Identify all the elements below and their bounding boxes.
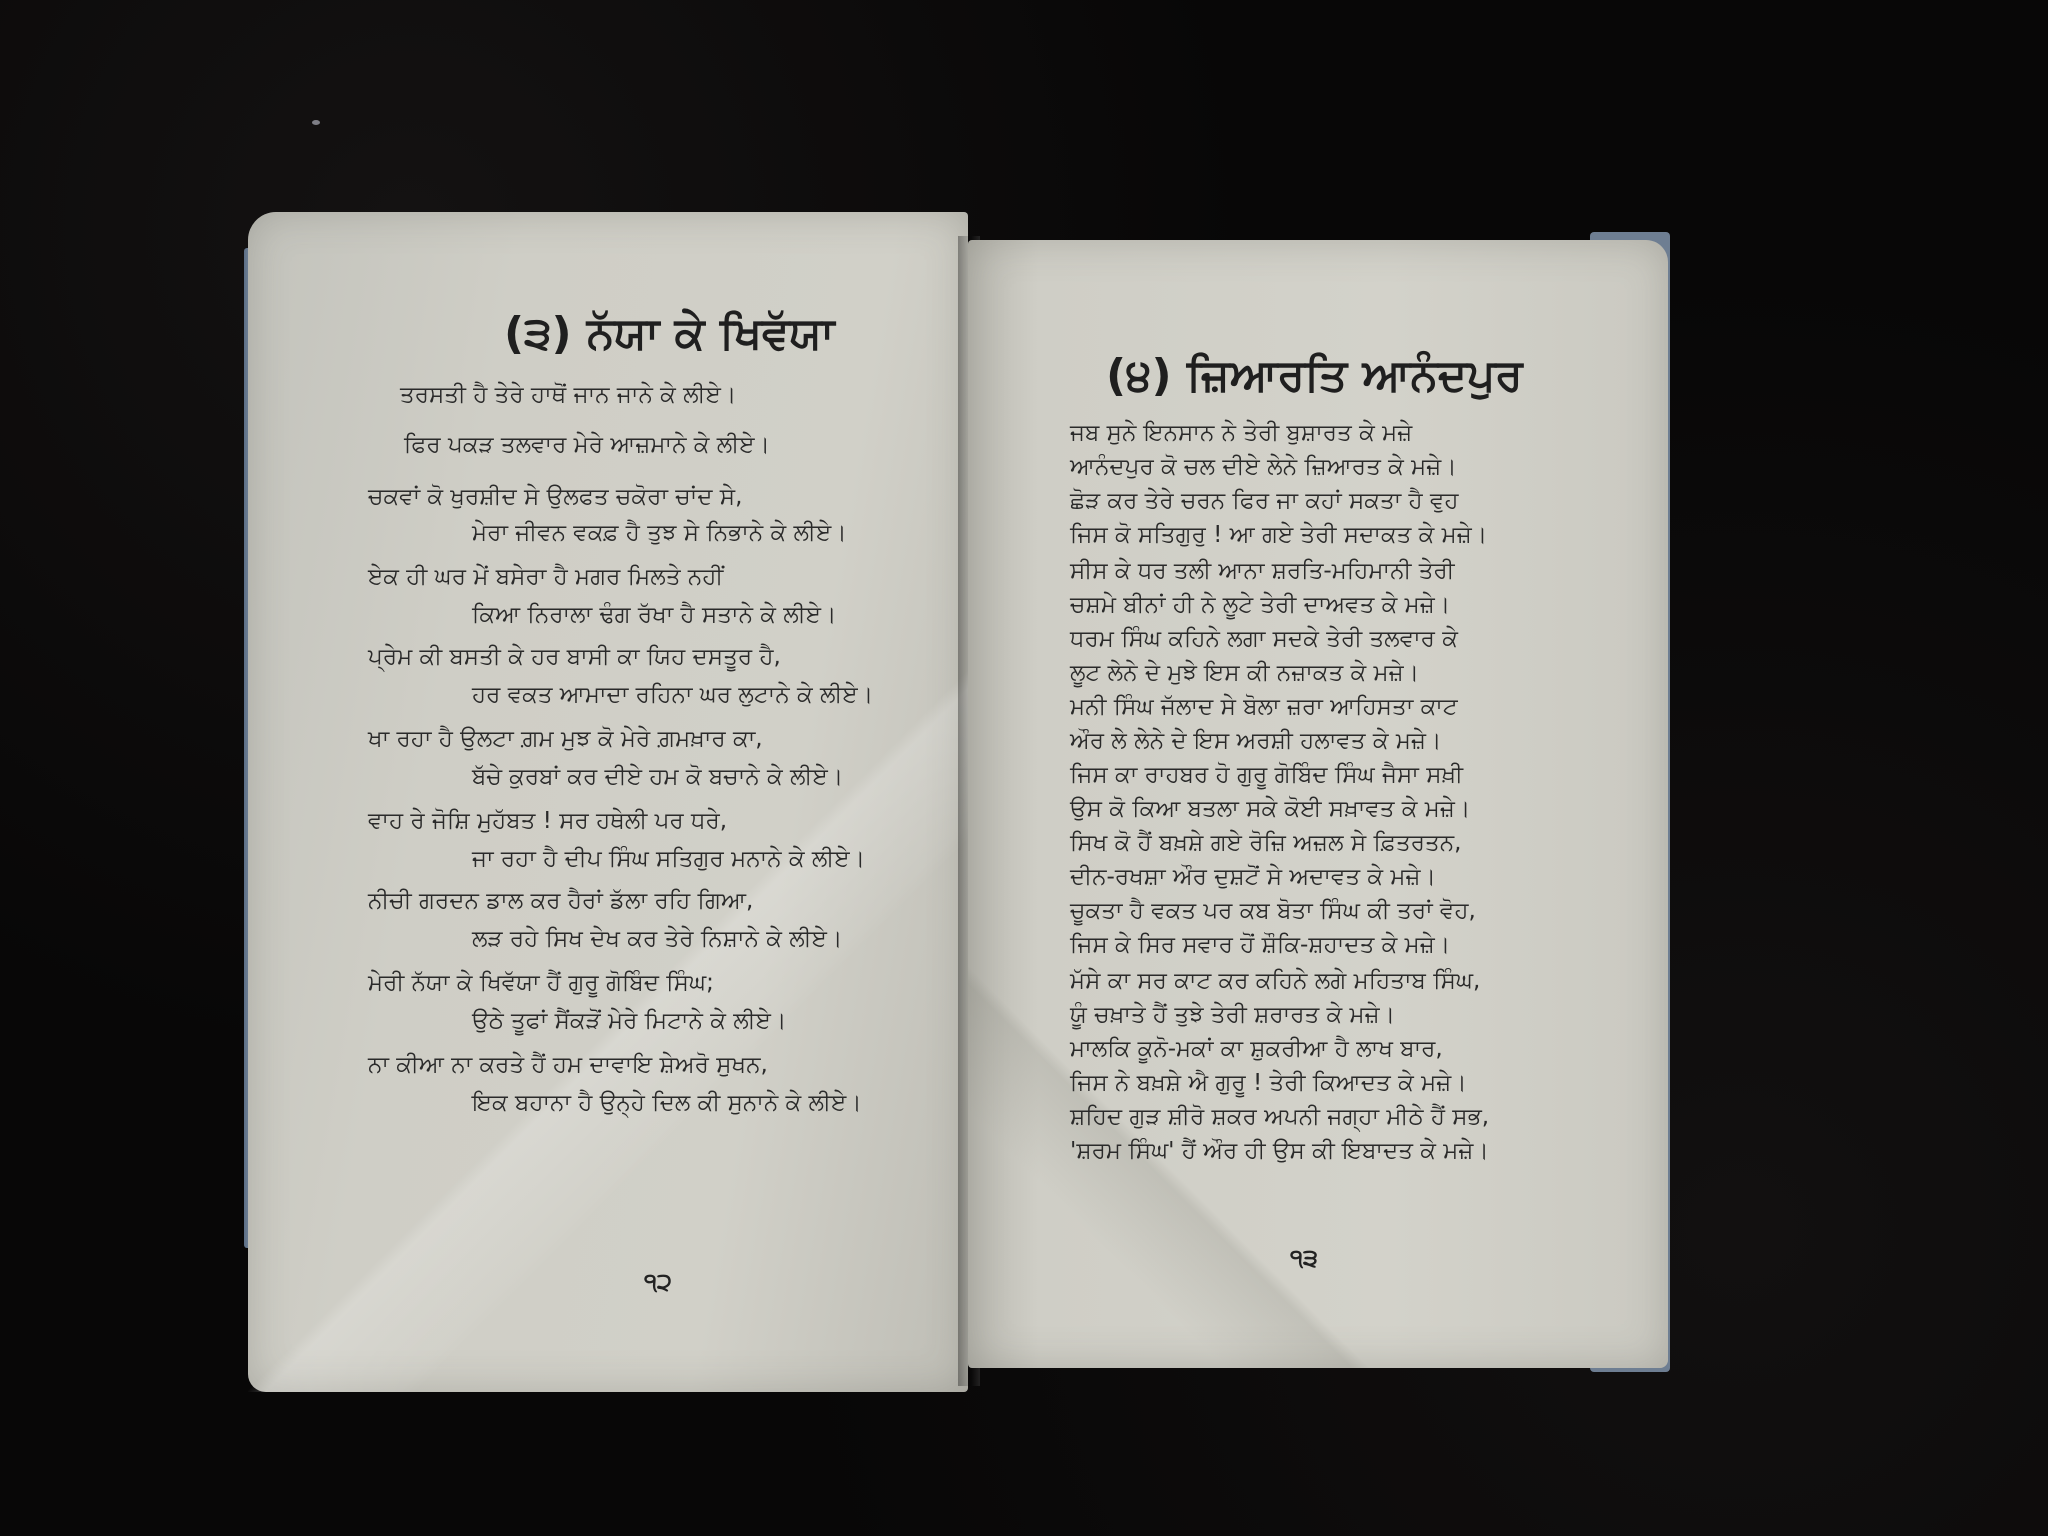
verse-line: ਪ੍ਰੇਮ ਕੀ ਬਸਤੀ ਕੇ ਹਰ ਬਾਸੀ ਕਾ ਯਿਹ ਦਸਤੂਰ ਹੈ… [368, 644, 781, 670]
verse-line: ਸ਼ਹਿਦ ਗੁੜ ਸ਼ੀਰੋ ਸ਼ਕਰ ਅਪਨੀ ਜਗ੍ਹਾ ਮੀਠੇ ਹੈਂ… [1070, 1104, 1489, 1130]
verse-line: ਜਿਸ ਕੋ ਸਤਿਗੁਰੁ ! ਆ ਗਏ ਤੇਰੀ ਸਦਾਕਤ ਕੇ ਮਜ਼ੇ… [1070, 522, 1487, 548]
left-page: (੩) ਨੱਯਾ ਕੇ ਖਿਵੱਯਾ ਤਰਸਤੀ ਹੈ ਤੇਰੇ ਹਾਥੋਂ ਜ… [248, 212, 968, 1392]
verse-line: ਲੂਟ ਲੇਨੇ ਦੇ ਮੁਝੇ ਇਸ ਕੀ ਨਜ਼ਾਕਤ ਕੇ ਮਜ਼ੇ। [1070, 660, 1419, 686]
page-number: ੧੩ [1290, 1244, 1318, 1272]
verse-line: ਖਾ ਰਹਾ ਹੈ ਉਲਟਾ ਗ਼ਮ ਮੁਝ ਕੋ ਮੇਰੇ ਗ਼ਮਖ਼ਾਰ ਕ… [368, 726, 763, 752]
verse-line: ਮੇਰਾ ਜੀਵਨ ਵਕਫ਼ ਹੈ ਤੁਝ ਸੇ ਨਿਭਾਨੇ ਕੇ ਲੀਏ। [472, 520, 847, 546]
verse-line: ਧਰਮ ਸਿੰਘ ਕਹਿਨੇ ਲਗਾ ਸਦਕੇ ਤੇਰੀ ਤਲਵਾਰ ਕੇ [1070, 626, 1458, 652]
page-number: ੧੨ [644, 1268, 672, 1296]
verse-line: ਵਾਹ ਰੇ ਜੋਸ਼ਿ ਮੁਹੱਬਤ ! ਸਰ ਹਥੇਲੀ ਪਰ ਧਰੇ, [368, 808, 727, 834]
verse-line: ਇਕ ਬਹਾਨਾ ਹੈ ਉਨ੍ਹੇ ਦਿਲ ਕੀ ਸੁਨਾਨੇ ਕੇ ਲੀਏ। [472, 1090, 862, 1116]
open-booklet: (੩) ਨੱਯਾ ਕੇ ਖਿਵੱਯਾ ਤਰਸਤੀ ਹੈ ਤੇਰੇ ਹਾਥੋਂ ਜ… [0, 0, 2048, 1536]
poem-title: (੪) ਜ਼ਿਆਰਤਿ ਆਨੰਦਪੁਰ [1106, 350, 1523, 401]
verse-line: ਨਾ ਕੀਆ ਨਾ ਕਰਤੇ ਹੈਂ ਹਮ ਦਾਵਾਇ ਸ਼ੇਅਰੋ ਸੁਖਨ, [368, 1052, 768, 1078]
verse-line: ਔਰ ਲੇ ਲੇਨੇ ਦੇ ਇਸ ਅਰਸ਼ੀ ਹਲਾਵਤ ਕੇ ਮਜ਼ੇ। [1070, 728, 1441, 754]
verse-line: ਉਸ ਕੋ ਕਿਆ ਬਤਲਾ ਸਕੇ ਕੋਈ ਸਖ਼ਾਵਤ ਕੇ ਮਜ਼ੇ। [1070, 796, 1470, 822]
poem-title: (੩) ਨੱਯਾ ਕੇ ਖਿਵੱਯਾ [504, 308, 834, 359]
verse-line: ਮੱਸੇ ਕਾ ਸਰ ਕਾਟ ਕਰ ਕਹਿਨੇ ਲਗੇ ਮਹਿਤਾਬ ਸਿੰਘ, [1070, 968, 1480, 994]
verse-line: ਚਕਵਾਂ ਕੋ ਖੁਰਸ਼ੀਦ ਸੇ ਉਲਫਤ ਚਕੋਰਾ ਚਾਂਦ ਸੇ, [368, 484, 742, 510]
verse-line: ਮੇਰੀ ਨੱਯਾ ਕੇ ਖਿਵੱਯਾ ਹੈਂ ਗੁਰੂ ਗੋਬਿੰਦ ਸਿੰਘ… [368, 970, 714, 996]
verse-line: 'ਸ਼ਰਮ ਸਿੰਘ' ਹੈਂ ਔਰ ਹੀ ਉਸ ਕੀ ਇਬਾਦਤ ਕੇ ਮਜ਼… [1070, 1138, 1489, 1164]
verse-line: ਫਿਰ ਪਕੜ ਤਲਵਾਰ ਮੇਰੇ ਆਜ਼ਮਾਨੇ ਕੇ ਲੀਏ। [404, 432, 770, 458]
verse-line: ਚਸ਼ਮੇ ਬੀਨਾਂ ਹੀ ਨੇ ਲੂਟੇ ਤੇਰੀ ਦਾਅਵਤ ਕੇ ਮਜ਼… [1070, 592, 1450, 618]
verse-line: ਆਨੰਦਪੁਰ ਕੋ ਚਲ ਦੀਏ ਲੇਨੇ ਜ਼ਿਆਰਤ ਕੇ ਮਜ਼ੇ। [1070, 454, 1457, 480]
verse-line: ਜਿਸ ਕਾ ਰਾਹਬਰ ਹੋ ਗੁਰੂ ਗੋਬਿੰਦ ਸਿੰਘ ਜੈਸਾ ਸਖ… [1070, 762, 1463, 788]
verse-line: ਜਬ ਸੁਨੇ ਇਨਸਾਨ ਨੇ ਤੇਰੀ ਬੁਸ਼ਾਰਤ ਕੇ ਮਜ਼ੇ [1070, 420, 1412, 446]
verse-line: ਦੀਨ-ਰਖਸ਼ਾ ਔਰ ਦੁਸ਼ਟੋਂ ਸੇ ਅਦਾਵਤ ਕੇ ਮਜ਼ੇ। [1070, 864, 1436, 890]
verse-line: ਮਨੀ ਸਿੰਘ ਜੱਲਾਦ ਸੇ ਬੋਲਾ ਜ਼ਰਾ ਆਹਿਸਤਾ ਕਾਟ [1070, 694, 1458, 720]
verse-line: ਛੋੜ ਕਰ ਤੇਰੇ ਚਰਨ ਫਿਰ ਜਾ ਕਹਾਂ ਸਕਤਾ ਹੈ ਵੁਹ [1070, 488, 1459, 514]
verse-line: ਤਰਸਤੀ ਹੈ ਤੇਰੇ ਹਾਥੋਂ ਜਾਨ ਜਾਨੇ ਕੇ ਲੀਏ। [400, 382, 736, 408]
dust-speck [312, 120, 320, 125]
verse-line: ਸੀਸ ਕੇ ਧਰ ਤਲੀ ਆਨਾ ਸ਼ਰਤਿ-ਮਹਿਮਾਨੀ ਤੇਰੀ [1070, 558, 1455, 584]
verse-line: ਏਕ ਹੀ ਘਰ ਮੇਂ ਬਸੇਰਾ ਹੈ ਮਗਰ ਮਿਲਤੇ ਨਹੀਂ [368, 564, 723, 590]
verse-line: ਜਿਸ ਨੇ ਬਖ਼ਸ਼ੇ ਐ ਗੁਰੂ ! ਤੇਰੀ ਕਿਆਦਤ ਕੇ ਮਜ਼… [1070, 1070, 1467, 1096]
verse-line: ਸਿਖ ਕੋ ਹੈਂ ਬਖ਼ਸ਼ੇ ਗਏ ਰੋਜ਼ਿ ਅਜ਼ਲ ਸੇ ਫ਼ਿਤਰ… [1070, 830, 1461, 856]
verse-line: ਯੂੰ ਚਖ਼ਾਤੇ ਹੈਂ ਤੁਝੇ ਤੇਰੀ ਸ਼ਰਾਰਤ ਕੇ ਮਜ਼ੇ। [1070, 1002, 1395, 1028]
verse-line: ਮਾਲਕਿ ਕੂਨੋ-ਮਕਾਂ ਕਾ ਸ਼ੁਕਰੀਆ ਹੈ ਲਾਖ ਬਾਰ, [1070, 1036, 1443, 1062]
verse-line: ਹਰ ਵਕਤ ਆਮਾਦਾ ਰਹਿਨਾ ਘਰ ਲੁਟਾਨੇ ਕੇ ਲੀਏ। [472, 682, 873, 708]
verse-line: ਉਠੇ ਤੂਫਾਂ ਸੈਂਕੜੋਂ ਮੇਰੇ ਮਿਟਾਨੇ ਕੇ ਲੀਏ। [472, 1008, 786, 1034]
verse-line: ਬੱਚੇ ਕੁਰਬਾਂ ਕਰ ਦੀਏ ਹਮ ਕੋ ਬਚਾਨੇ ਕੇ ਲੀਏ। [472, 764, 843, 790]
verse-line: ਚੂਕਤਾ ਹੈ ਵਕਤ ਪਰ ਕਬ ਬੋਤਾ ਸਿੰਘ ਕੀ ਤਰਾਂ ਵੋਹ… [1070, 898, 1476, 924]
verse-line: ਕਿਆ ਨਿਰਾਲਾ ਢੰਗ ਰੱਖਾ ਹੈ ਸਤਾਨੇ ਕੇ ਲੀਏ। [472, 602, 837, 628]
verse-line: ਜਿਸ ਕੇ ਸਿਰ ਸਵਾਰ ਹੋਂ ਸ਼ੌਕਿ-ਸ਼ਹਾਦਤ ਕੇ ਮਜ਼ੇ… [1070, 932, 1450, 958]
verse-line: ਨੀਚੀ ਗਰਦਨ ਡਾਲ ਕਰ ਹੈਰਾਂ ਡੱਲਾ ਰਹਿ ਗਿਆ, [368, 888, 753, 914]
verse-line: ਲੜ ਰਹੇ ਸਿਖ ਦੇਖ ਕਰ ਤੇਰੇ ਨਿਸ਼ਾਨੇ ਕੇ ਲੀਏ। [472, 926, 842, 952]
right-page: (੪) ਜ਼ਿਆਰਤਿ ਆਨੰਦਪੁਰ ਜਬ ਸੁਨੇ ਇਨਸਾਨ ਨੇ ਤੇਰ… [968, 240, 1668, 1368]
verse-line: ਜਾ ਰਹਾ ਹੈ ਦੀਪ ਸਿੰਘ ਸਤਿਗੁਰ ਮਨਾਨੇ ਕੇ ਲੀਏ। [472, 846, 865, 872]
